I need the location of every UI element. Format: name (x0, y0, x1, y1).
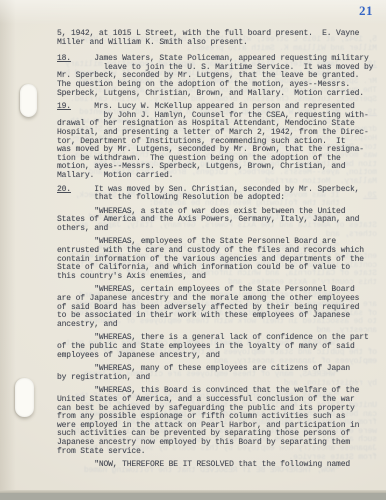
paragraph-text: "WHEREAS, employees of the State Personn… (57, 238, 381, 281)
whereas-clause-1: "WHEREAS, a state of war does exist betw… (57, 208, 381, 234)
paragraph-text: It was moved by Sen. Christian, seconded… (57, 186, 381, 203)
whereas-clause-5: "WHEREAS, many of these employees are ci… (57, 365, 381, 382)
paragraph-text: "WHEREAS, a state of war does exist betw… (57, 208, 381, 234)
paragraph-text: "WHEREAS, this Board is convinced that t… (57, 387, 381, 456)
page-number: 21 (359, 3, 373, 19)
paragraph-text: "WHEREAS, many of these employees are ci… (57, 365, 381, 382)
scan-background-edge (0, 493, 386, 500)
resolved-clause: "NOW, THEREFORE BE IT RESOLVED that the … (57, 461, 381, 470)
binding-hole-top (20, 84, 37, 117)
paragraph-text: "WHEREAS, there is a general lack of con… (57, 334, 381, 360)
binding-hole-bottom (15, 378, 34, 417)
paragraph-text: 5, 1942, at 1015 L Street, with the full… (57, 30, 381, 47)
paragraph-text: "NOW, THEREFORE BE IT RESOLVED that the … (57, 461, 381, 470)
minute-item-19: 19. Mrs. Lucy W. McKellup appeared in pe… (57, 103, 381, 180)
paragraph-continuation: 5, 1942, at 1015 L Street, with the full… (57, 30, 381, 47)
scanned-page: 21 5, 1942, at 1015 L Street, with the f… (0, 0, 386, 500)
paragraph-text: Mrs. Lucy W. McKellup appeared in person… (57, 103, 381, 180)
typed-text: 5, 1942, at 1015 L Street, with the full… (57, 30, 381, 475)
whereas-clause-2: "WHEREAS, employees of the State Personn… (57, 238, 381, 281)
whereas-clause-3: "WHEREAS, certain employees of the State… (57, 286, 381, 329)
whereas-clause-6: "WHEREAS, this Board is convinced that t… (57, 387, 381, 456)
item-number-19: 19. (57, 103, 71, 112)
whereas-clause-4: "WHEREAS, there is a general lack of con… (57, 334, 381, 360)
item-number-20: 20. (57, 186, 71, 195)
minute-item-20: 20. It was moved by Sen. Christian, seco… (57, 186, 381, 203)
paragraph-text: "WHEREAS, certain employees of the State… (57, 286, 381, 329)
paper-left-shadow (0, 0, 16, 500)
minute-item-18: 18. James Waters, State Policeman, appea… (57, 55, 381, 98)
item-number-18: 18. (57, 55, 71, 64)
paper-top-highlight (0, 0, 386, 24)
paragraph-text: James Waters, State Policeman, appeared … (57, 55, 381, 98)
